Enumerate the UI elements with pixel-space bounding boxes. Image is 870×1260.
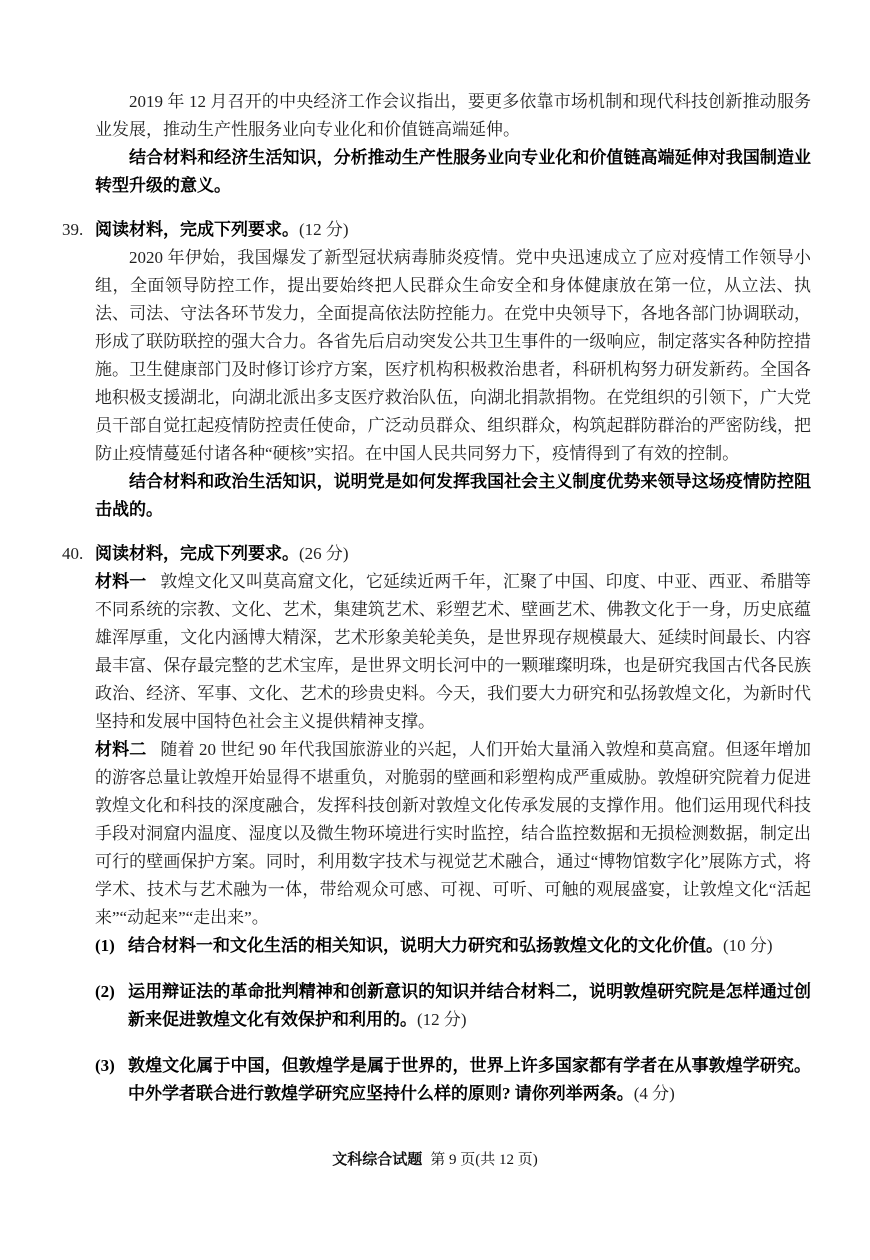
sub-2-score: (12 分) — [417, 1010, 467, 1029]
question-39-title: 阅读材料，完成下列要求。 — [95, 220, 299, 239]
question-40-heading: 40.阅读材料，完成下列要求。(26 分) — [62, 540, 811, 568]
question-38-task: 结合材料和经济生活知识，分析推动生产性服务业向专业化和价值链高端延伸对我国制造业… — [95, 144, 811, 200]
exam-paper-page: 2019 年 12 月召开的中央经济工作会议指出，要更多依靠市场机制和现代科技创… — [0, 0, 870, 1260]
sub-2-body: 运用辩证法的革命批判精神和创新意识的知识并结合材料二，说明敦煌研究院是怎样通过创… — [128, 982, 811, 1029]
sub-3-marker: (3) — [95, 1052, 128, 1108]
sub-1-body: 结合材料一和文化生活的相关知识，说明大力研究和弘扬敦煌文化的文化价值。 — [128, 936, 723, 955]
material-2-label: 材料二 — [95, 740, 146, 759]
material-1-label: 材料一 — [95, 572, 146, 591]
question-40-sub-1: (1) 结合材料一和文化生活的相关知识，说明大力研究和弘扬敦煌文化的文化价值。(… — [95, 932, 811, 960]
footer-paper-title: 文科综合试题 — [332, 1152, 422, 1168]
question-40-sub-2: (2) 运用辩证法的革命批判精神和创新意识的知识并结合材料二，说明敦煌研究院是怎… — [95, 978, 811, 1034]
question-38-material-paragraph: 2019 年 12 月召开的中央经济工作会议指出，要更多依靠市场机制和现代科技创… — [95, 88, 811, 144]
question-40-material-1: 材料一敦煌文化又叫莫高窟文化，它延续近两千年，汇聚了中国、印度、中亚、西亚、希腊… — [95, 568, 811, 736]
sub-3-text: 敦煌文化属于中国，但敦煌学是属于世界的，世界上许多国家都有学者在从事敦煌学研究。… — [128, 1052, 811, 1108]
sub-2-text: 运用辩证法的革命批判精神和创新意识的知识并结合材料二，说明敦煌研究院是怎样通过创… — [128, 978, 811, 1034]
sub-1-text: 结合材料一和文化生活的相关知识，说明大力研究和弘扬敦煌文化的文化价值。(10 分… — [128, 932, 811, 960]
sub-2-marker: (2) — [95, 978, 128, 1034]
question-39-material-paragraph: 2020 年伊始，我国爆发了新型冠状病毒肺炎疫情。党中央迅速成立了应对疫情工作领… — [95, 244, 811, 468]
sub-3-score: (4 分) — [634, 1084, 675, 1103]
footer-page-number: 第 9 页(共 12 页) — [430, 1152, 538, 1168]
page-content: 2019 年 12 月召开的中央经济工作会议指出，要更多依靠市场机制和现代科技创… — [95, 88, 811, 1108]
question-40-sub-3: (3) 敦煌文化属于中国，但敦煌学是属于世界的，世界上许多国家都有学者在从事敦煌… — [95, 1052, 811, 1108]
question-39-number: 39. — [62, 216, 95, 244]
question-39-task: 结合材料和政治生活知识，说明党是如何发挥我国社会主义制度优势来领导这场疫情防控阻… — [95, 468, 811, 524]
sub-1-score: (10 分) — [723, 936, 773, 955]
page-footer: 文科综合试题第 9 页(共 12 页) — [0, 1148, 870, 1169]
sub-3-body: 敦煌文化属于中国，但敦煌学是属于世界的，世界上许多国家都有学者在从事敦煌学研究。… — [128, 1056, 811, 1103]
material-1-text: 敦煌文化又叫莫高窟文化，它延续近两千年，汇聚了中国、印度、中亚、西亚、希腊等不同… — [95, 572, 811, 731]
question-39-heading: 39.阅读材料，完成下列要求。(12 分) — [62, 216, 811, 244]
question-39-score: (12 分) — [299, 220, 349, 239]
question-40-number: 40. — [62, 540, 95, 568]
question-40-title: 阅读材料，完成下列要求。 — [95, 544, 299, 563]
sub-1-marker: (1) — [95, 932, 128, 960]
question-40-score: (26 分) — [299, 544, 349, 563]
question-40-material-2: 材料二随着 20 世纪 90 年代我国旅游业的兴起，人们开始大量涌入敦煌和莫高窟… — [95, 736, 811, 932]
material-2-text: 随着 20 世纪 90 年代我国旅游业的兴起，人们开始大量涌入敦煌和莫高窟。但逐… — [95, 740, 811, 927]
